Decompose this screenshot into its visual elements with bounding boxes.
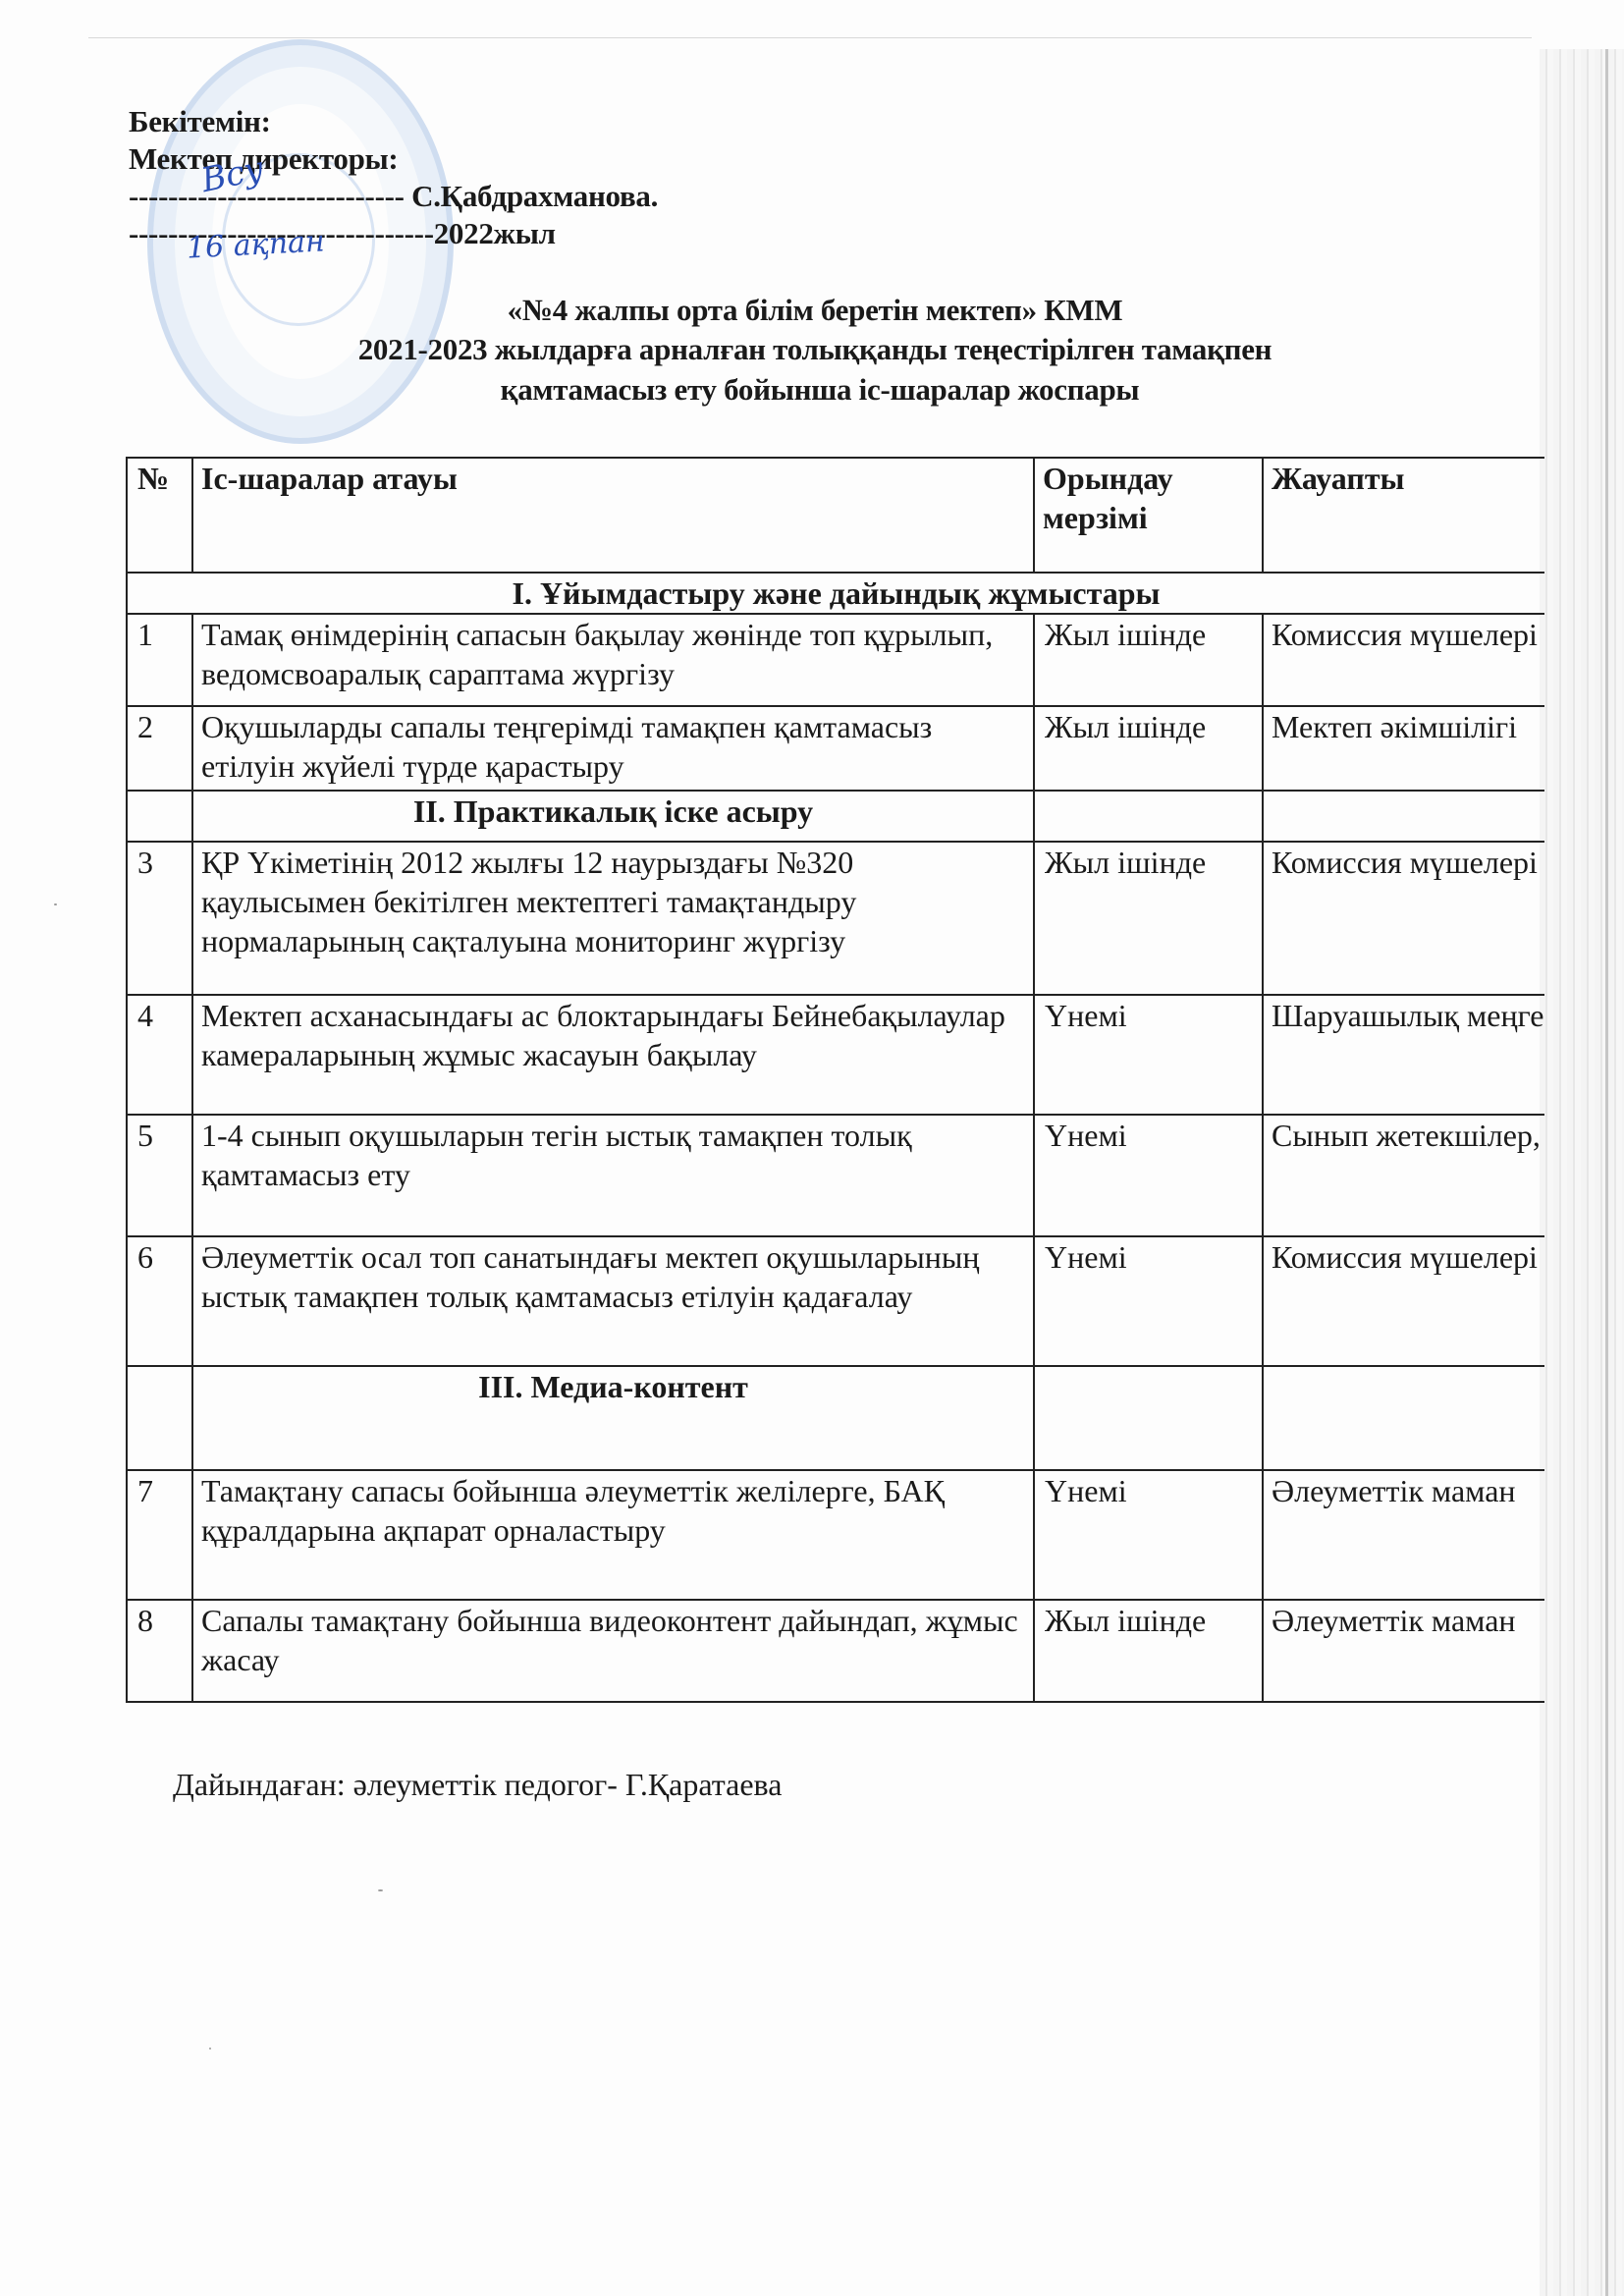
handwritten-date: 16 ақпан [186, 224, 325, 265]
row-number: 2 [127, 706, 192, 791]
header-responsible: Жауапты [1263, 458, 1544, 573]
header-deadline: Орындау мерзімі [1034, 458, 1263, 573]
row-number: 5 [127, 1115, 192, 1236]
table-row: 8Сапалы тамақтану бойынша видеоконтент д… [127, 1600, 1544, 1702]
responsible-person: Сынып жетекшілер, әлеуметтік педогог [1263, 1115, 1544, 1236]
row-number: 3 [127, 842, 192, 995]
table-row: 1 Тамақ өнімдерінің сапасын бақылау жөні… [127, 614, 1544, 706]
responsible-person: Әлеуметтік маман [1263, 1600, 1544, 1702]
activity-name: Мектеп асханасындағы ас блоктарындағы Бе… [192, 995, 1034, 1115]
section-title: I. Ұйымдастыру және дайындық жұмыстары [127, 573, 1544, 614]
activities-table: № Іс-шаралар атауы Орындау мерзімі Жауап… [126, 457, 1544, 1703]
approval-heading: Бекітемін: [129, 103, 658, 140]
section-row: II. Практикалық іске асыру [127, 791, 1544, 842]
activity-name: Тамақтану сапасы бойынша әлеуметтік желі… [192, 1470, 1034, 1600]
empty-cell [127, 1366, 192, 1470]
table-row: 6Әлеуметтік осал топ санатындағы мектеп … [127, 1236, 1544, 1366]
table-header-row: № Іс-шаралар атауы Орындау мерзімі Жауап… [127, 458, 1544, 573]
table-row: 2 Оқушыларды сапалы теңгерімді тамақпен … [127, 706, 1544, 791]
scan-speck [378, 1889, 383, 1891]
activity-name: Оқушыларды сапалы теңгерімді тамақпен қа… [192, 706, 1034, 791]
row-number: 6 [127, 1236, 192, 1366]
section-title: III. Медиа-контент [192, 1366, 1034, 1470]
deadline: Жыл ішінде [1034, 1600, 1263, 1702]
responsible-person: Комиссия мүшелері [1263, 614, 1544, 706]
responsible-person: Комиссия мүшелері [1263, 1236, 1544, 1366]
scan-edge-line [88, 37, 1532, 38]
row-number: 8 [127, 1600, 192, 1702]
header-number: № [127, 458, 192, 573]
deadline: Жыл ішінде [1034, 614, 1263, 706]
table-row: 7Тамақтану сапасы бойынша әлеуметтік жел… [127, 1470, 1544, 1600]
section-row: III. Медиа-контент [127, 1366, 1544, 1470]
row-number: 7 [127, 1470, 192, 1600]
empty-cell [1034, 1366, 1263, 1470]
plan-title-line-1: 2021-2023 жылдарға арналған толыққанды т… [88, 331, 1542, 368]
header-activity-name: Іс-шаралар атауы [192, 458, 1034, 573]
prepared-by: Дайындаған: әлеуметтік педогог- Г.Қарата… [173, 1765, 782, 1804]
empty-cell [1034, 791, 1263, 842]
scan-speck [54, 903, 57, 905]
deadline: Үнемі [1034, 995, 1263, 1115]
deadline: Үнемі [1034, 1115, 1263, 1236]
scan-edge-shadow [1540, 49, 1624, 2296]
deadline: Жыл ішінде [1034, 706, 1263, 791]
plan-title-line-2: қамтамасыз ету бойынша іс-шаралар жоспар… [167, 371, 1473, 409]
activity-name: ҚР Үкіметінің 2012 жылғы 12 наурыздағы №… [192, 842, 1034, 995]
empty-cell [1263, 1366, 1544, 1470]
responsible-person: Әлеуметтік маман [1263, 1470, 1544, 1600]
activity-name: 1-4 сынып оқушыларын тегін ыстық тамақпе… [192, 1115, 1034, 1236]
deadline: Жыл ішінде [1034, 842, 1263, 995]
row-number: 4 [127, 995, 192, 1115]
section-row: I. Ұйымдастыру және дайындық жұмыстары [127, 573, 1544, 614]
section-title: II. Практикалық іске асыру [192, 791, 1034, 842]
activity-name: Тамақ өнімдерінің сапасын бақылау жөнінд… [192, 614, 1034, 706]
deadline: Үнемі [1034, 1236, 1263, 1366]
scan-speck [209, 2048, 211, 2050]
school-name: «№4 жалпы орта білім беретін мектеп» КММ [167, 292, 1463, 329]
table-row: 51-4 сынып оқушыларын тегін ыстық тамақп… [127, 1115, 1544, 1236]
empty-cell [1263, 791, 1544, 842]
responsible-person: Шаруашылық меңгерушісі [1263, 995, 1544, 1115]
row-number: 1 [127, 614, 192, 706]
responsible-person: Мектеп әкімшілігі [1263, 706, 1544, 791]
table-row: 3ҚР Үкіметінің 2012 жылғы 12 наурыздағы … [127, 842, 1544, 995]
empty-cell [127, 791, 192, 842]
deadline: Үнемі [1034, 1470, 1263, 1600]
activity-name: Әлеуметтік осал топ санатындағы мектеп о… [192, 1236, 1034, 1366]
responsible-person: Комиссия мүшелері [1263, 842, 1544, 995]
activity-name: Сапалы тамақтану бойынша видеоконтент да… [192, 1600, 1034, 1702]
table-row: 4Мектеп асханасындағы ас блоктарындағы Б… [127, 995, 1544, 1115]
